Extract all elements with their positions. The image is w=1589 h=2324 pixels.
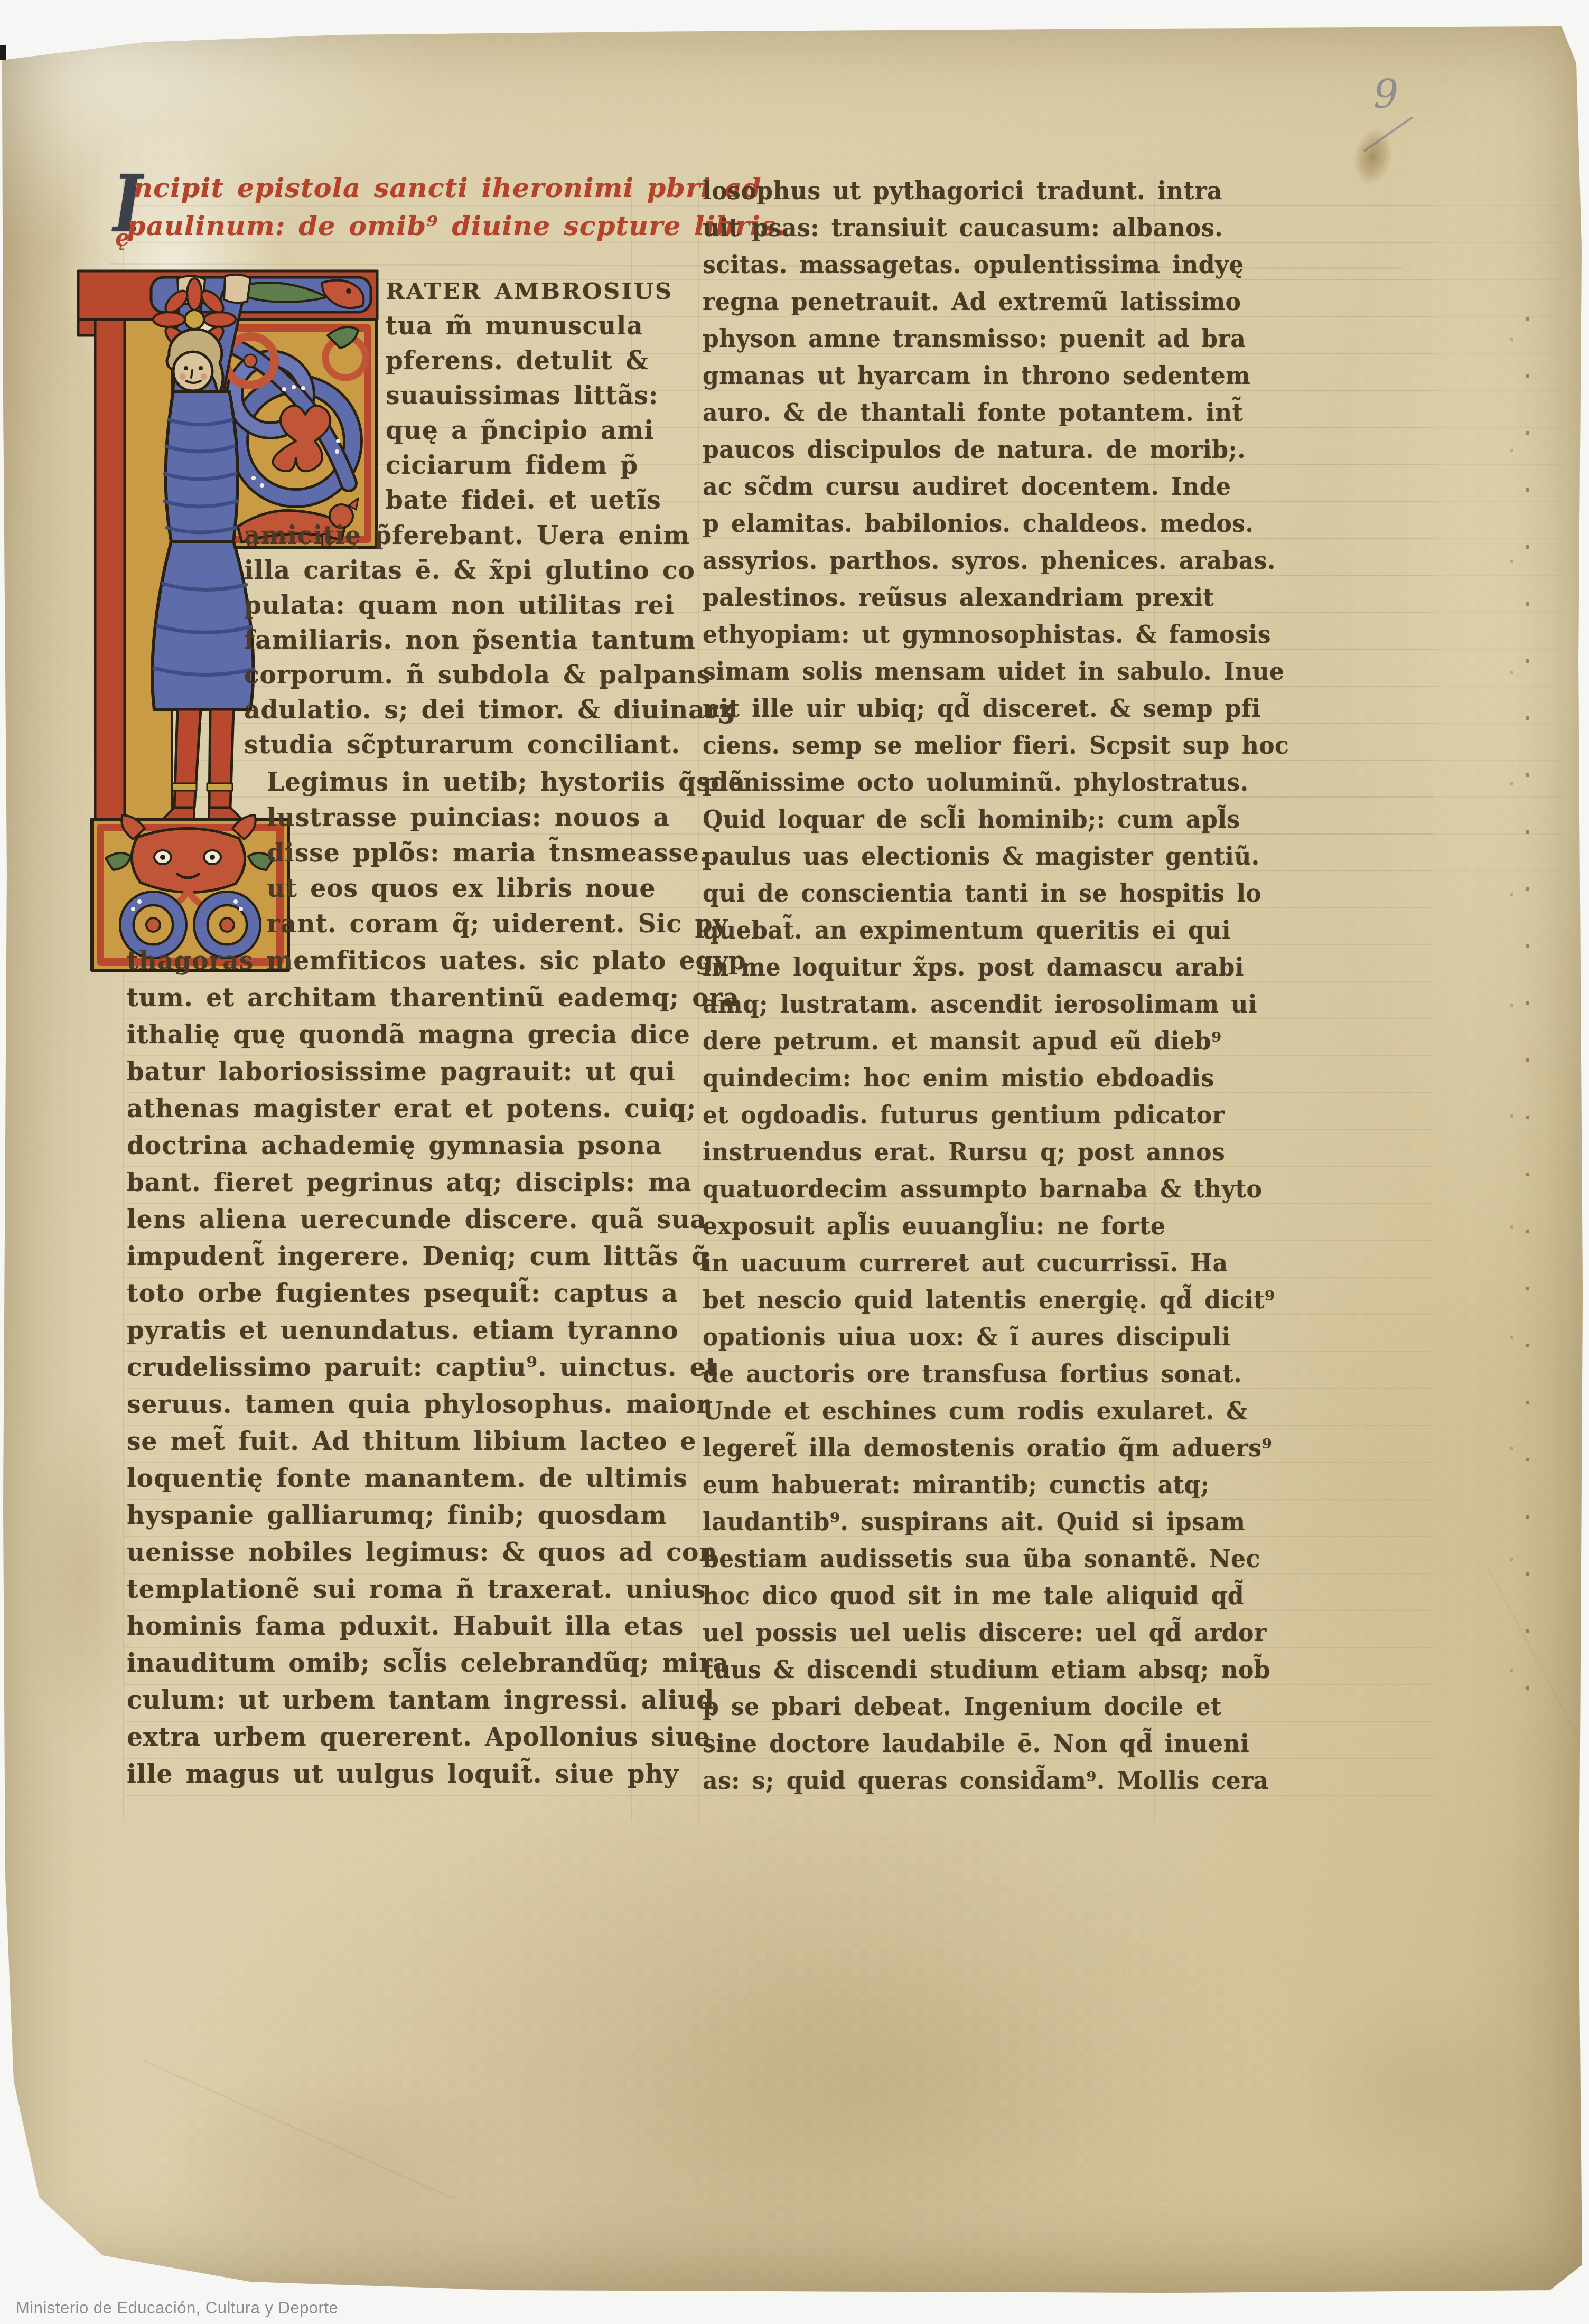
ruling-column2-right bbox=[1154, 174, 1155, 1822]
stain bbox=[610, 1938, 1127, 2234]
stain bbox=[18, 1400, 145, 1759]
pricking-marks bbox=[1526, 317, 1529, 1743]
scan-edge-mark bbox=[0, 45, 6, 60]
stain bbox=[1233, 1241, 1529, 1717]
crease-line bbox=[1487, 1566, 1589, 1763]
rubric-line: paulinum: de omib⁹ diuine scpture libris… bbox=[127, 210, 786, 242]
rubric-paragraph-mark: ę bbox=[115, 224, 130, 251]
ruling-lines-margin bbox=[1141, 205, 1564, 892]
crease-line bbox=[143, 2060, 453, 2199]
water-stain bbox=[60, 121, 282, 417]
ruling-column2-left bbox=[698, 174, 699, 1822]
folio-number: 9 bbox=[1373, 72, 1398, 117]
ruling-column-left bbox=[123, 174, 124, 1822]
manuscript-scan: { "folio": { "number": "9" }, "footer": … bbox=[0, 0, 1589, 2324]
credit-text: Ministerio de Educación, Cultura y Depor… bbox=[16, 2299, 338, 2318]
pricking-marks bbox=[1510, 338, 1513, 1711]
ruling-column-right bbox=[631, 174, 632, 1822]
rubric-line: ncipit epistola sancti iheronimi pbri ad bbox=[133, 172, 762, 204]
stain bbox=[1291, 1981, 1545, 2203]
